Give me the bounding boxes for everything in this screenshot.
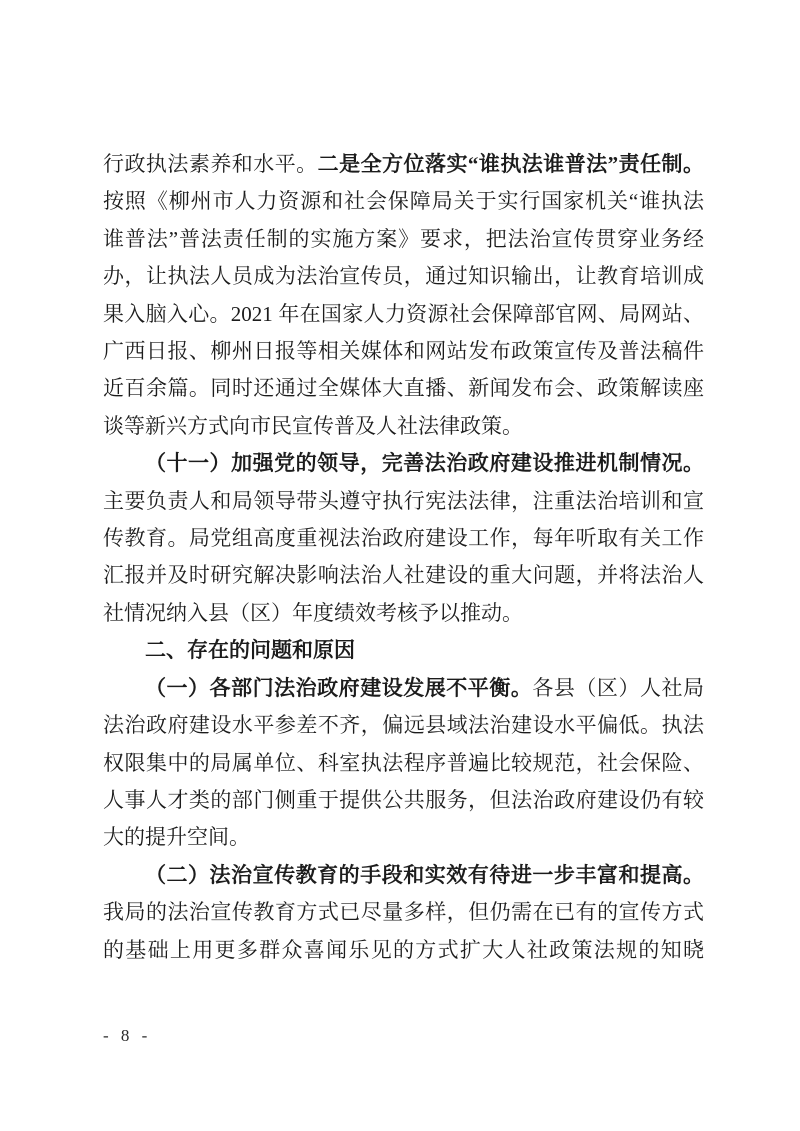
document-line: 汇报并及时研究解决影响法治人社建设的重大问题，并将法治人 — [103, 557, 704, 594]
text-segment: 权限集中的局属单位、科室执法程序普遍比较规范，社会保险、 — [103, 751, 704, 775]
document-line: 行政执法素养和水平。二是全方位落实“谁执法谁普法”责任制。 — [103, 146, 704, 183]
text-segment: 按照《柳州市人力资源和社会保障局关于实行国家机关“谁执法 — [103, 189, 704, 213]
text-segment: 传教育。局党组高度重视法治政府建设工作，每年听取有关工作 — [103, 526, 704, 550]
document-line: 传教育。局党组高度重视法治政府建设工作，每年听取有关工作 — [103, 520, 704, 557]
bold-text-segment: （一）各部门法治政府建设发展不平衡。 — [145, 676, 532, 700]
text-segment: 法治政府建设水平参差不齐，偏远县域法治建设水平偏低。执法 — [103, 713, 704, 737]
text-segment: 汇报并及时研究解决影响法治人社建设的重大问题，并将法治人 — [103, 563, 704, 587]
text-segment: 社情况纳入县（区）年度绩效考核予以推动。 — [103, 601, 523, 625]
text-segment: 主要负责人和局领导带头遵守执行宪法法律，注重法治培训和宣 — [103, 489, 704, 513]
document-line: 按照《柳州市人力资源和社会保障局关于实行国家机关“谁执法 — [103, 183, 704, 220]
document-line: 的基础上用更多群众喜闻乐见的方式扩大人社政策法规的知晓 — [103, 932, 704, 969]
text-segment: 谈等新兴方式向市民宣传普及人社法律政策。 — [103, 414, 523, 438]
text-segment: 果入脑入心。2021 年在国家人力资源社会保障部官网、局网站、 — [103, 302, 704, 326]
document-line: 办，让执法人员成为法治宣传员，通过知识输出，让教育培训成 — [103, 258, 704, 295]
page-number: - 8 - — [103, 1026, 148, 1046]
document-line: 法治政府建设水平参差不齐，偏远县域法治建设水平偏低。执法 — [103, 707, 704, 744]
document-line: 我局的法治宣传教育方式已尽量多样，但仍需在已有的宣传方式 — [103, 894, 704, 931]
document-line: （十一）加强党的领导，完善法治政府建设推进机制情况。 — [103, 445, 704, 482]
document-line: 权限集中的局属单位、科室执法程序普遍比较规范，社会保险、 — [103, 745, 704, 782]
text-segment: 我局的法治宣传教育方式已尽量多样，但仍需在已有的宣传方式 — [103, 900, 704, 924]
document-line: 人事人才类的部门侧重于提供公共服务，但法治政府建设仍有较 — [103, 782, 704, 819]
document-line: 大的提升空间。 — [103, 819, 704, 856]
document-line: 谁普法”普法责任制的实施方案》要求，把法治宣传贯穿业务经 — [103, 221, 704, 258]
bold-text-segment: （十一）加强党的领导，完善法治政府建设推进机制情况。 — [145, 451, 704, 475]
document-line: 果入脑入心。2021 年在国家人力资源社会保障部官网、局网站、 — [103, 296, 704, 333]
bold-text-segment: 二、存在的问题和原因 — [145, 638, 355, 662]
document-page: 行政执法素养和水平。二是全方位落实“谁执法谁普法”责任制。按照《柳州市人力资源和… — [0, 0, 800, 1131]
text-segment: 近百余篇。同时还通过全媒体大直播、新闻发布会、政策解读座 — [103, 376, 704, 400]
document-body: 行政执法素养和水平。二是全方位落实“谁执法谁普法”责任制。按照《柳州市人力资源和… — [103, 146, 704, 969]
text-segment: 大的提升空间。 — [103, 825, 250, 849]
document-line: 社情况纳入县（区）年度绩效考核予以推动。 — [103, 595, 704, 632]
text-segment: 办，让执法人员成为法治宣传员，通过知识输出，让教育培训成 — [103, 264, 704, 288]
text-segment: 人事人才类的部门侧重于提供公共服务，但法治政府建设仍有较 — [103, 788, 704, 812]
text-segment: 的基础上用更多群众喜闻乐见的方式扩大人社政策法规的知晓 — [103, 938, 704, 962]
bold-text-segment: 二是全方位落实“谁执法谁普法”责任制。 — [318, 152, 704, 176]
text-segment: 广西日报、柳州日报等相关媒体和网站发布政策宣传及普法稿件 — [103, 339, 704, 363]
text-segment: 各县（区）人社局 — [532, 676, 704, 700]
document-line: 谈等新兴方式向市民宣传普及人社法律政策。 — [103, 408, 704, 445]
text-segment: 行政执法素养和水平。 — [103, 152, 318, 176]
document-line: （一）各部门法治政府建设发展不平衡。各县（区）人社局 — [103, 670, 704, 707]
bold-text-segment: （二）法治宣传教育的手段和实效有待进一步丰富和提高。 — [145, 863, 704, 887]
document-line: （二）法治宣传教育的手段和实效有待进一步丰富和提高。 — [103, 857, 704, 894]
document-line: 主要负责人和局领导带头遵守执行宪法法律，注重法治培训和宣 — [103, 483, 704, 520]
text-segment: 谁普法”普法责任制的实施方案》要求，把法治宣传贯穿业务经 — [103, 227, 704, 251]
document-line: 近百余篇。同时还通过全媒体大直播、新闻发布会、政策解读座 — [103, 370, 704, 407]
document-line: 二、存在的问题和原因 — [103, 632, 704, 669]
document-line: 广西日报、柳州日报等相关媒体和网站发布政策宣传及普法稿件 — [103, 333, 704, 370]
